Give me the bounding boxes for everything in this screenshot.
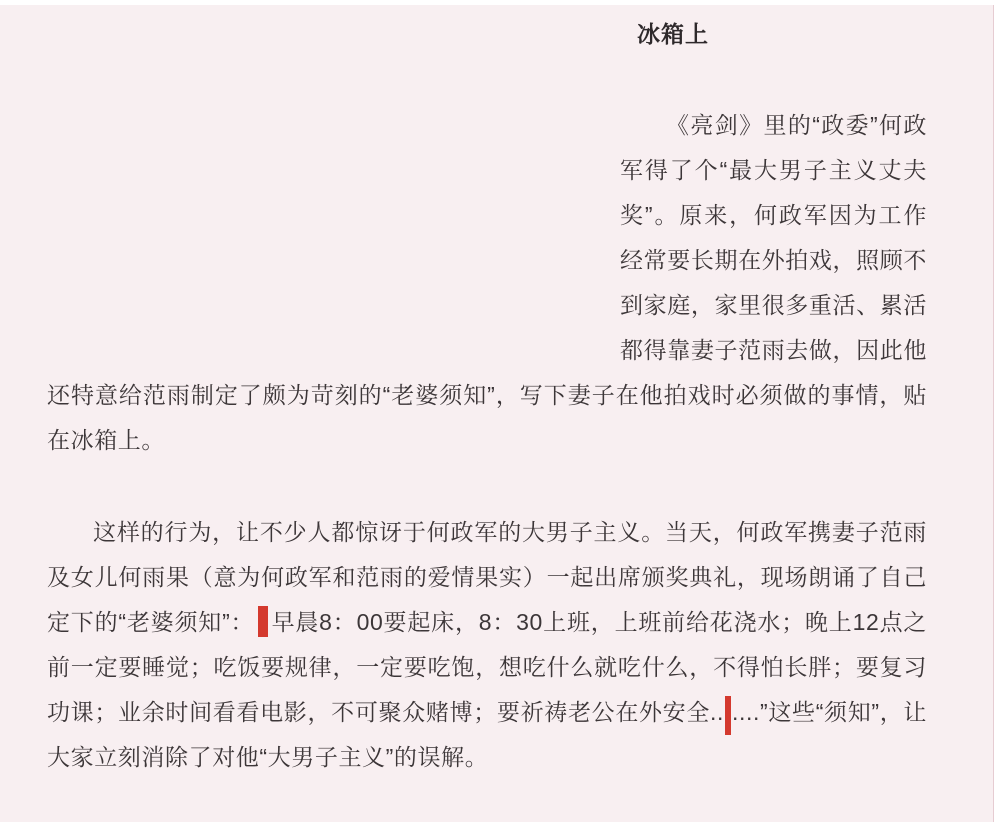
article-page: 冰箱上 《亮剑》里的“政委”何政军得了个“最大男子主义丈夫奖”。原来，何政军因为… <box>0 5 994 822</box>
article-title: 冰箱上 <box>47 5 927 48</box>
paragraph-intro: 《亮剑》里的“政委”何政军得了个“最大男子主义丈夫奖”。原来，何政军因为工作经常… <box>47 103 927 463</box>
paragraph-ceremony: 这样的行为，让不少人都惊讶于何政军的大男子主义。当天，何政军携妻子范雨及女儿何雨… <box>47 510 927 780</box>
image-placeholder <box>47 103 620 371</box>
red-highlight-marker <box>258 606 268 637</box>
red-highlight-marker <box>725 696 731 735</box>
article-content: 冰箱上 《亮剑》里的“政委”何政军得了个“最大男子主义丈夫奖”。原来，何政军因为… <box>0 5 993 780</box>
article-viewport: 冰箱上 《亮剑》里的“政委”何政军得了个“最大男子主义丈夫奖”。原来，何政军因为… <box>0 0 1000 822</box>
